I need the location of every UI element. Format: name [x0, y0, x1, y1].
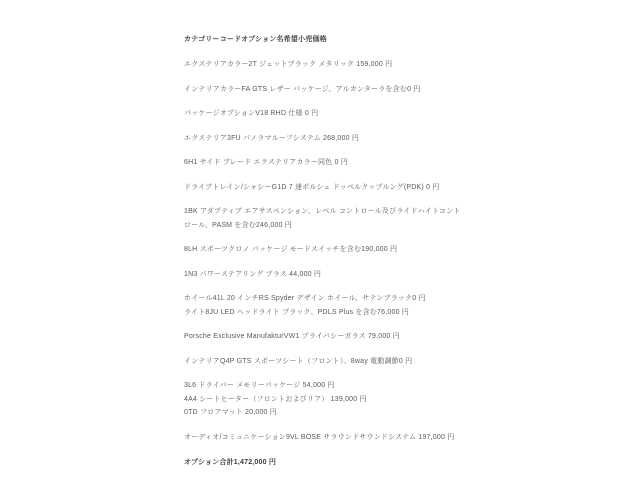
option-line: 8LH スポーツクロノ パッケージ モードスイッチを含む190,000 円 — [184, 243, 514, 257]
document-content: カテゴリーコードオプション名希望小売価格 エクステリアカラー2T ジェットブラッ… — [184, 34, 514, 468]
option-list: エクステリアカラー2T ジェットブラック メタリック 159,000 円インテリ… — [184, 58, 514, 444]
option-line: 1BK アダプティブ エアサスペンション、レベル コントロール及びライドハイトコ… — [184, 205, 514, 232]
options-price-list-page: カテゴリーコードオプション名希望小売価格 エクステリアカラー2T ジェットブラッ… — [0, 0, 640, 480]
option-line: オーディオ/コミュニケーション9VL BOSE サラウンドサウンドシステム 19… — [184, 431, 514, 445]
list-header: カテゴリーコードオプション名希望小売価格 — [184, 34, 514, 45]
options-total: オプション合計1,472,000 円 — [184, 457, 514, 468]
option-line: エクステリア3FU パノラマルーフシステム 268,000 円 — [184, 132, 514, 146]
option-line: パッケージオプションV18 RHD 仕様 0 円 — [184, 107, 514, 121]
option-line: 1N3 パワーステアリング プラス 44,000 円 — [184, 268, 514, 282]
option-line: インテリアカラーFA GTS レザー パッケージ、アルカンターラを含む0 円 — [184, 83, 514, 97]
option-line: インテリアQ4P GTS スポーツシート（フロント）、8way 電動調節0 円 — [184, 355, 514, 369]
option-line: ホイール41L 20 インチRS Spyder デザイン ホイール、サテンブラッ… — [184, 292, 514, 319]
option-line: ドライブトレイン/シャシーG1D 7 速ポルシェ ドッペルクップルング(PDK)… — [184, 181, 514, 195]
option-line: 3L6 ドライバー メモリーパッケージ 54,000 円 4A4 シートヒーター… — [184, 379, 514, 420]
option-line: Porsche Exclusive ManufakturVW1 プライバシーガラ… — [184, 330, 514, 344]
option-line: 6H1 サイド ブレード エクステリアカラー同色 0 円 — [184, 156, 514, 170]
option-line: エクステリアカラー2T ジェットブラック メタリック 159,000 円 — [184, 58, 514, 72]
